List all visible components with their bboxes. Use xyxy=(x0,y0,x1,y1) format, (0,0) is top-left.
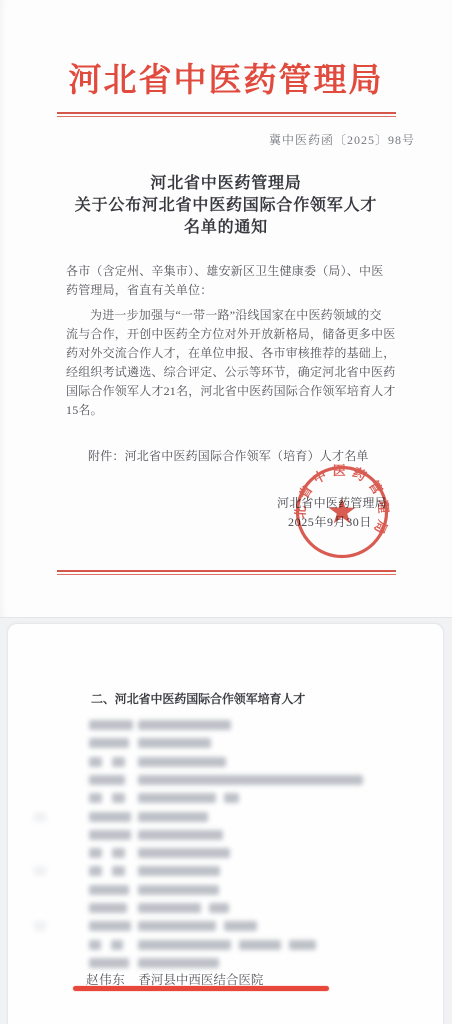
body-line-4: 经组织考试遴选、综合评定、公示等环节，确定河北省中医药 xyxy=(66,363,396,382)
redacted-org-bar xyxy=(138,903,201,913)
ghost-mark xyxy=(34,921,46,931)
redacted-org-bar xyxy=(138,793,216,803)
entry-name: 赵伟东 xyxy=(86,973,125,987)
redacted-org-bar xyxy=(138,775,363,785)
title-line-2: 关于公布河北省中医药国际合作领军人才 xyxy=(0,195,452,217)
redacted-name-bar xyxy=(89,921,131,931)
redacted-name-bar xyxy=(89,885,129,895)
page-two: 二、河北省中医药国际合作领军培育人才 赵伟东香河县中西医结合医院 xyxy=(7,623,444,1024)
redacted-name-bar xyxy=(89,958,129,968)
redacted-row xyxy=(8,756,443,770)
doc-number: 冀中医药函〔2025〕98号 xyxy=(269,131,415,148)
redacted-org-bar xyxy=(138,720,231,730)
redacted-name-bar xyxy=(89,903,127,913)
body-line-2: 流与合作，开创中医药全方位对外开放新格局，储备更多中医 xyxy=(66,325,396,344)
body-line-5: 国际合作领军人才21名，河北省中医药国际合作领军培育人才 xyxy=(66,382,396,401)
redacted-name-bar xyxy=(89,775,125,785)
section-heading: 二、河北省中医药国际合作领军培育人才 xyxy=(91,690,305,707)
redacted-row xyxy=(8,829,443,843)
body-line-1: 为进一步加强与“一带一路”沿线国家在中医药领域的交 xyxy=(66,306,396,325)
redacted-row xyxy=(8,847,443,861)
redacted-org-bar xyxy=(289,940,316,950)
redacted-name-bar xyxy=(89,866,102,876)
redacted-org-bar xyxy=(138,921,216,931)
redacted-name-bar xyxy=(89,738,129,748)
recipients-line-2: 药管理局，省直有关单位： xyxy=(66,281,383,300)
redacted-org-bar xyxy=(138,866,220,876)
redacted-row xyxy=(8,902,443,916)
ghost-mark xyxy=(34,866,46,876)
redacted-name-bar xyxy=(112,793,125,803)
redacted-name-bar xyxy=(89,940,101,950)
seal-arc-text: 河北省中医药管理局 xyxy=(287,457,392,541)
body-line-6: 15名。 xyxy=(66,401,396,420)
redacted-org-bar xyxy=(138,812,208,822)
redacted-row xyxy=(8,865,443,879)
recipients: 各市（含定州、辛集市）、雄安新区卫生健康委（局）、中医 药管理局，省直有关单位： xyxy=(66,262,383,300)
redacted-row xyxy=(8,774,443,788)
redacted-name-bar xyxy=(111,940,123,950)
redacted-org-bar xyxy=(239,940,281,950)
redacted-name-bar xyxy=(112,866,125,876)
redacted-row xyxy=(8,957,443,971)
redacted-org-bar xyxy=(224,793,239,803)
redacted-name-bar xyxy=(112,848,125,858)
title-line-1: 河北省中医药管理局 xyxy=(0,173,452,195)
redacted-org-bar xyxy=(138,830,223,840)
svg-text:河北省中医药管理局: 河北省中医药管理局 xyxy=(287,457,392,541)
redacted-org-bar xyxy=(138,738,211,748)
redacted-row xyxy=(8,884,443,898)
redacted-org-bar xyxy=(224,921,257,931)
redacted-org-bar xyxy=(209,903,229,913)
redacted-row xyxy=(8,939,443,953)
header-divider xyxy=(57,112,396,117)
entry-organization: 香河县中西医结合医院 xyxy=(138,973,263,987)
body-paragraph: 为进一步加强与“一带一路”沿线国家在中医药领域的交 流与合作，开创中医药全方位对… xyxy=(66,306,396,420)
redacted-name-bar xyxy=(89,812,131,822)
redacted-row xyxy=(8,792,443,806)
redacted-name-bar xyxy=(89,720,133,730)
redacted-name-bar xyxy=(89,848,102,858)
seal-star-icon xyxy=(329,498,356,523)
redacted-name-bar xyxy=(89,757,102,767)
ghost-mark xyxy=(34,812,46,822)
redacted-row xyxy=(8,811,443,825)
redacted-name-bar xyxy=(89,830,131,840)
redacted-org-bar xyxy=(138,885,219,895)
redacted-org-bar xyxy=(138,940,231,950)
redacted-org-bar xyxy=(138,757,226,767)
notice-title: 河北省中医药管理局 关于公布河北省中医药国际合作领军人才 名单的通知 xyxy=(0,173,452,239)
agency-header: 河北省中医药管理局 xyxy=(0,54,452,101)
recipients-line-1: 各市（含定州、辛集市）、雄安新区卫生健康委（局）、中医 xyxy=(66,262,383,281)
body-line-3: 药对外交流合作人才，在单位申报、各市审核推荐的基础上， xyxy=(66,344,396,363)
redacted-name-bar xyxy=(89,793,102,803)
official-seal: 河北省中医药管理局 xyxy=(287,457,397,567)
redacted-name-bar xyxy=(112,757,125,767)
title-line-3: 名单的通知 xyxy=(0,217,452,239)
highlight-underline xyxy=(73,986,329,991)
footer-divider xyxy=(57,570,396,575)
redacted-row xyxy=(8,920,443,934)
redacted-org-bar xyxy=(138,958,219,968)
redacted-org-bar xyxy=(138,848,230,858)
redacted-row xyxy=(8,737,443,751)
page-one: 河北省中医药管理局 冀中医药函〔2025〕98号 河北省中医药管理局 关于公布河… xyxy=(0,0,452,618)
redacted-row xyxy=(8,719,443,733)
